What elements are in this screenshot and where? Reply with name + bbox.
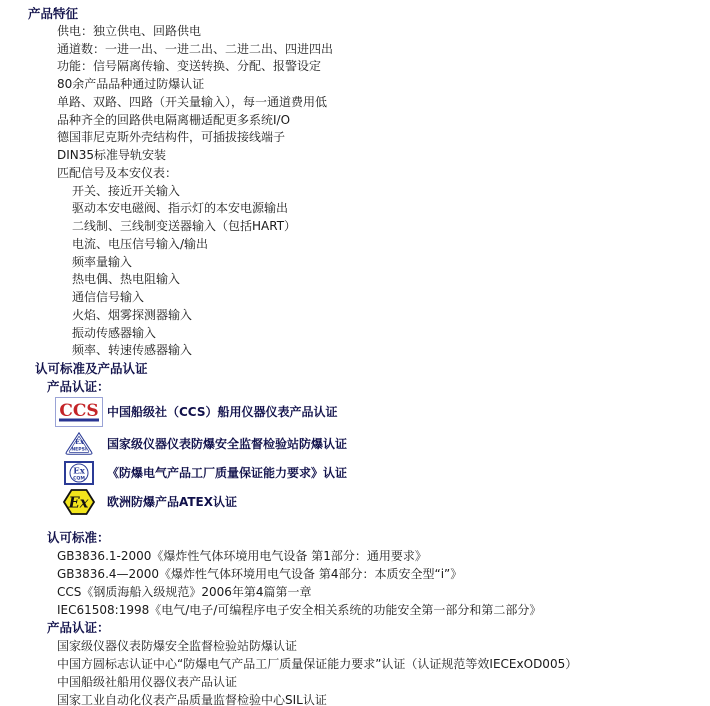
standard-line: GB3836.1-2000《爆炸性气体环境用电气设备 第1部分：通用要求》	[57, 547, 710, 565]
feature-line: 二线制、三线制变送器输入（包括HART）	[57, 218, 710, 236]
standard-line: IEC61508:1998《电气/电子/可编程序电子安全相关系统的功能安全第一部…	[57, 601, 710, 619]
feature-line: 驱动本安电磁阀、指示灯的本安电源输出	[57, 200, 710, 218]
atex-ex-logo-icon: Ex	[50, 489, 107, 515]
product-cert-line: 国家工业自动化仪表产品质量监督检验中心SIL认证	[57, 691, 710, 706]
feature-line: 80余产品品种通过防爆认证	[57, 76, 710, 94]
feature-line: 品种齐全的回路供电隔离栅适配更多系统I/O	[57, 112, 710, 130]
features-heading: 产品特征	[28, 5, 710, 23]
feature-line: 功能：信号隔离传输、变送转换、分配、报警设定	[57, 58, 710, 76]
ccs-logo-text: CCS	[59, 401, 98, 421]
feature-line: 德国菲尼克斯外壳结构件，可插拔接线端子	[57, 129, 710, 147]
feature-line: 通道数：一进一出、一进二出、二进二出、四进四出	[57, 41, 710, 59]
cqm-logo-ex-text: Ex	[73, 466, 85, 476]
product-certs-subheading: 产品认证：	[47, 619, 710, 637]
cert-row-atex: Ex 欧洲防爆产品ATEX认证	[50, 489, 710, 515]
feature-line: DIN35标准导轨安装	[57, 147, 710, 165]
cert-row-ccs: CCS 中国船级社（CCS）船用仪器仪表产品认证	[50, 397, 710, 427]
standards-and-certs-block: 认可标准： GB3836.1-2000《爆炸性气体环境用电气设备 第1部分：通用…	[0, 529, 710, 706]
cert-caption-cqm: 《防爆电气产品工厂质量保证能力要求》认证	[107, 464, 347, 481]
nepsi-logo-name-text: NEPSI	[71, 446, 87, 452]
certification-heading: 认可标准及产品认证	[35, 360, 710, 378]
feature-line: 开关、接近开关输入	[57, 183, 710, 201]
ccs-logo-icon: CCS	[50, 397, 107, 427]
cert-caption-ccs: 中国船级社（CCS）船用仪器仪表产品认证	[107, 403, 337, 420]
cert-row-cqm: Ex CQM 《防爆电气产品工厂质量保证能力要求》认证	[50, 461, 710, 485]
cert-row-nepsi: Ex NEPSI 国家级仪器仪表防爆安全监督检验站防爆认证	[50, 432, 710, 455]
feature-line: 电流、电压信号输入/输出	[57, 236, 710, 254]
nepsi-logo-ex-text: Ex	[75, 438, 84, 446]
certification-logo-list: CCS 中国船级社（CCS）船用仪器仪表产品认证 Ex NEPSI 国家级仪器仪…	[50, 397, 710, 515]
feature-line: 火焰、烟雾探测器输入	[57, 307, 710, 325]
product-feature-document: 产品特征 供电：独立供电、回路供电 通道数：一进一出、一进二出、二进二出、四进四…	[0, 0, 710, 706]
product-cert-subheading: 产品认证：	[47, 378, 710, 396]
cqm-logo-icon: Ex CQM	[50, 461, 107, 485]
feature-line: 频率量输入	[57, 254, 710, 272]
standard-line: GB3836.4—2000《爆炸性气体环境用电气设备 第4部分：本质安全型“i”…	[57, 565, 710, 583]
standard-line: CCS《钢质海船入级规范》2006年第4篇第一章	[57, 583, 710, 601]
atex-ex-text: Ex	[67, 494, 88, 511]
product-cert-line: 中国船级社船用仪器仪表产品认证	[57, 673, 710, 691]
feature-line: 频率、转速传感器输入	[57, 342, 710, 360]
feature-line: 通信信号输入	[57, 289, 710, 307]
feature-line: 单路、双路、四路（开关量输入），每一通道费用低	[57, 94, 710, 112]
standards-subheading: 认可标准：	[47, 529, 710, 547]
product-cert-line: 国家级仪器仪表防爆安全监督检验站防爆认证	[57, 637, 710, 655]
features-list: 供电：独立供电、回路供电 通道数：一进一出、一进二出、二进二出、四进四出 功能：…	[57, 23, 710, 360]
nepsi-logo-icon: Ex NEPSI	[50, 432, 107, 455]
cert-caption-atex: 欧洲防爆产品ATEX认证	[107, 493, 237, 510]
feature-line: 振动传感器输入	[57, 325, 710, 343]
certification-section: 认可标准及产品认证 产品认证： CCS 中国船级社（CCS）船用仪器仪表产品认证	[0, 360, 710, 706]
product-cert-line: 中国方圆标志认证中心“防爆电气产品工厂质量保证能力要求”认证（认证规范等效IEC…	[57, 655, 710, 673]
feature-line: 供电：独立供电、回路供电	[57, 23, 710, 41]
cqm-logo-name-text: CQM	[73, 475, 85, 481]
feature-line: 热电偶、热电阻输入	[57, 271, 710, 289]
feature-line: 匹配信号及本安仪表：	[57, 165, 710, 183]
cert-caption-nepsi: 国家级仪器仪表防爆安全监督检验站防爆认证	[107, 435, 347, 452]
